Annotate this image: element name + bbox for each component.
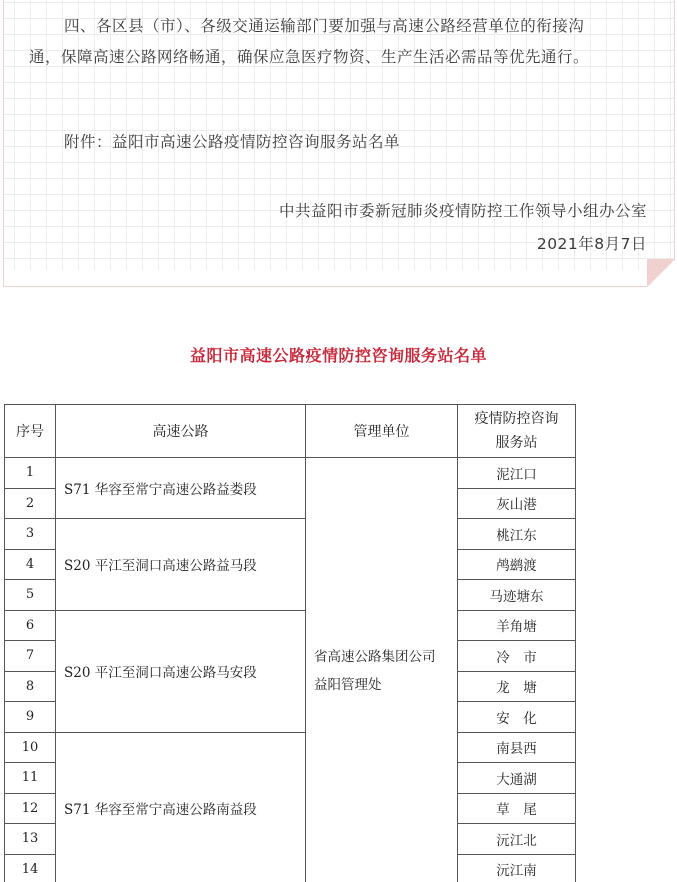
header-station-line-1: 疫情防控咨询	[458, 407, 575, 431]
unit-cell: 省高速公路集团公司 益阳管理处	[306, 458, 458, 882]
header-unit: 管理单位	[306, 405, 458, 458]
header-station: 疫情防控咨询 服务站	[458, 405, 576, 458]
row-no: 3	[5, 519, 56, 550]
row-no: 9	[5, 702, 56, 733]
station-cell: 草 尾	[458, 793, 576, 824]
table-row: 1 S71 华容至常宁高速公路益娄段 省高速公路集团公司 益阳管理处 泥江口	[5, 458, 576, 489]
station-cell: 龙 塘	[458, 671, 576, 702]
station-cell: 沅江南	[458, 854, 576, 882]
row-no: 4	[5, 549, 56, 580]
notice-paragraph-4-line-1: 四、各区县（市）、各级交通运输部门要加强与高速公路经营单位的衔接沟	[64, 14, 584, 36]
row-no: 14	[5, 854, 56, 882]
table-header-row: 序号 高速公路 管理单位 疫情防控咨询 服务站	[5, 405, 576, 458]
road-cell: S71 华容至常宁高速公路益娄段	[56, 458, 306, 519]
issue-date: 2021年8月7日	[537, 232, 647, 254]
folded-corner-icon	[647, 259, 675, 287]
row-no: 12	[5, 793, 56, 824]
station-cell: 鸬鹚渡	[458, 549, 576, 580]
row-no: 1	[5, 458, 56, 489]
row-no: 10	[5, 732, 56, 763]
row-no: 6	[5, 610, 56, 641]
header-station-line-2: 服务站	[458, 431, 575, 455]
road-cell: S20 平江至洞口高速公路马安段	[56, 610, 306, 732]
row-no: 7	[5, 641, 56, 672]
station-cell: 冷 市	[458, 641, 576, 672]
station-cell: 泥江口	[458, 458, 576, 489]
row-no: 8	[5, 671, 56, 702]
station-cell: 大通湖	[458, 763, 576, 794]
row-no: 11	[5, 763, 56, 794]
header-road: 高速公路	[56, 405, 306, 458]
card-bottom-margin	[4, 270, 674, 286]
station-cell: 马迹塘东	[458, 580, 576, 611]
station-list-title: 益阳市高速公路疫情防控咨询服务站名单	[0, 343, 677, 366]
table-row: 6 S20 平江至洞口高速公路马安段 羊角塘	[5, 610, 576, 641]
attachment-note: 附件：益阳市高速公路疫情防控咨询服务站名单	[64, 130, 400, 152]
row-no: 13	[5, 824, 56, 855]
station-cell: 沅江北	[458, 824, 576, 855]
issuer-signature: 中共益阳市委新冠肺炎疫情防控工作领导小组办公室	[279, 199, 647, 221]
notice-paragraph-4-line-2: 通，保障高速公路网络畅通，确保应急医疗物资、生产生活必需品等优先通行。	[29, 45, 589, 67]
road-cell: S71 华容至常宁高速公路南益段	[56, 732, 306, 882]
station-cell: 羊角塘	[458, 610, 576, 641]
row-no: 5	[5, 580, 56, 611]
row-no: 2	[5, 488, 56, 519]
table-row: 3 S20 平江至洞口高速公路益马段 桃江东	[5, 519, 576, 550]
unit-line-2: 益阳管理处	[314, 671, 457, 699]
station-cell: 安 化	[458, 702, 576, 733]
station-cell: 桃江东	[458, 519, 576, 550]
table-row: 10 S71 华容至常宁高速公路南益段 南县西	[5, 732, 576, 763]
header-no: 序号	[5, 405, 56, 458]
station-cell: 灰山港	[458, 488, 576, 519]
station-cell: 南县西	[458, 732, 576, 763]
unit-line-1: 省高速公路集团公司	[314, 643, 457, 671]
station-table: 序号 高速公路 管理单位 疫情防控咨询 服务站 1 S71 华容至常宁高速公路益…	[4, 404, 576, 882]
road-cell: S20 平江至洞口高速公路益马段	[56, 519, 306, 611]
